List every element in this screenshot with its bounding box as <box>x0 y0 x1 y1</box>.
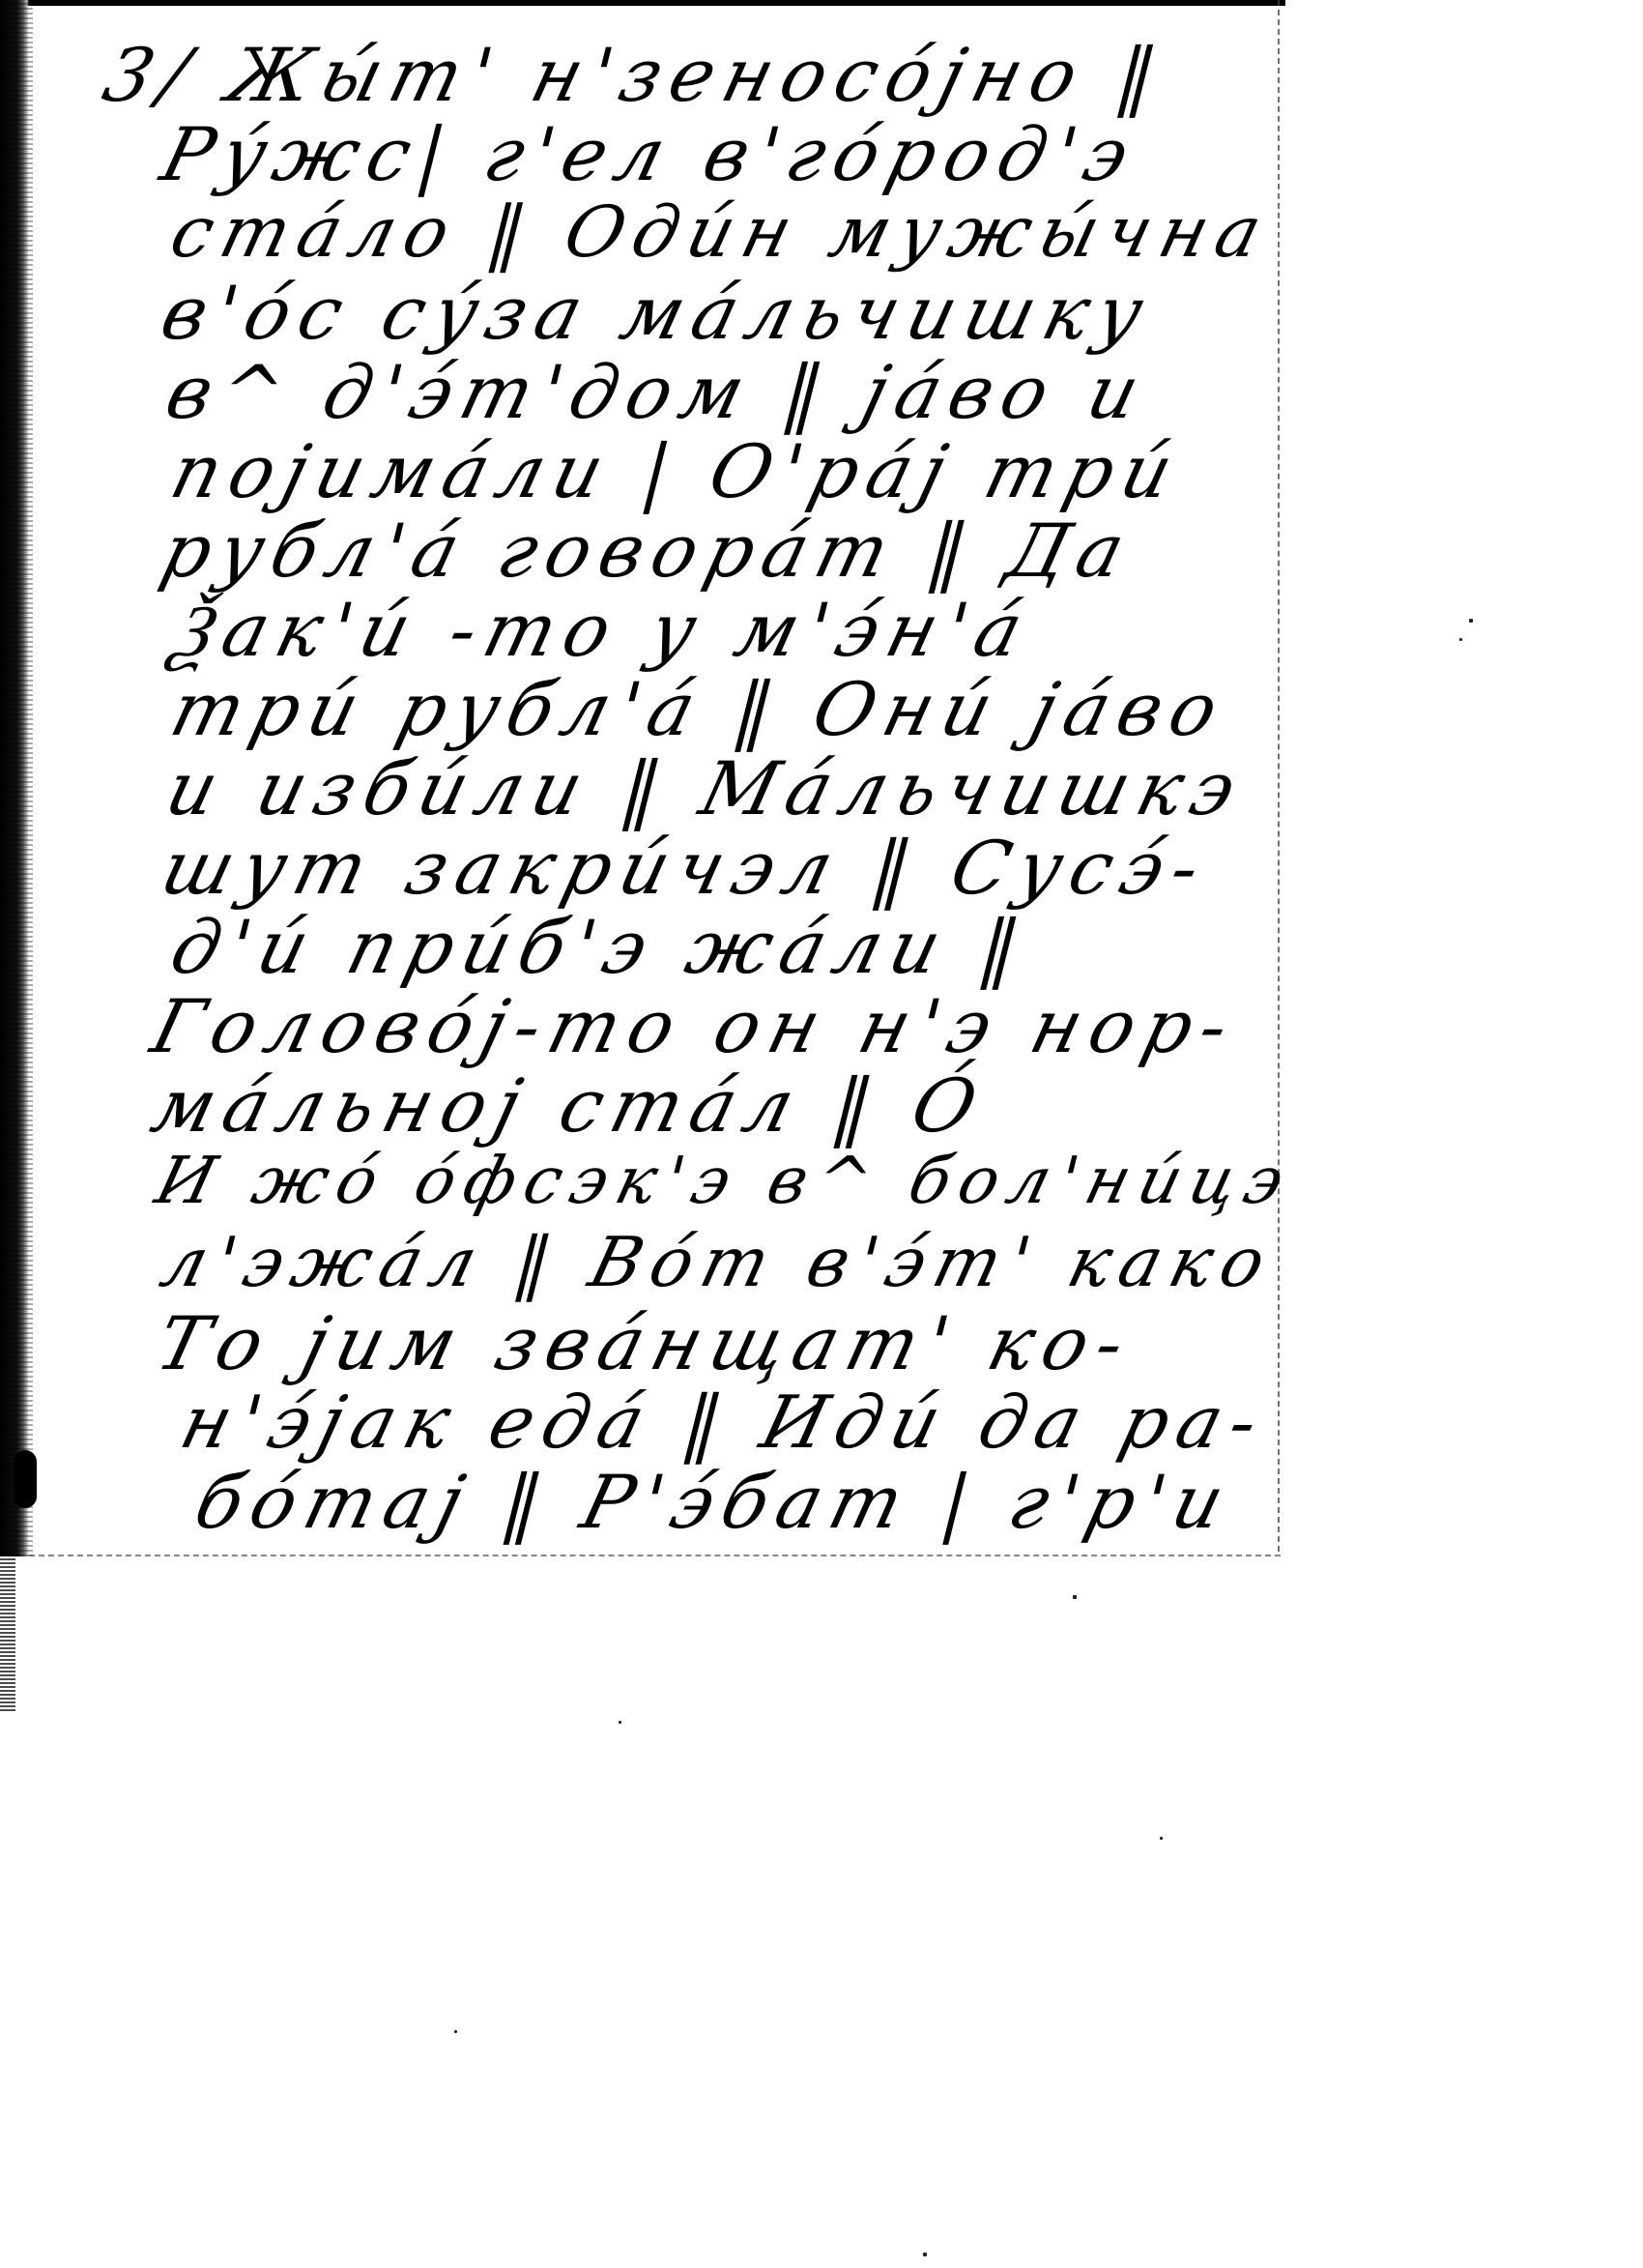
scan-speck <box>1073 1595 1077 1599</box>
scan-speck <box>619 1721 621 1724</box>
manuscript-line-1: 3/ Жы́т' н'зеносо́јно ‖ <box>97 39 1174 112</box>
manuscript-line-14: ма́льној ста́л ‖ О́ <box>145 1069 994 1143</box>
manuscript-line-5: в^ д'э́т'дом ‖ ја́во и <box>159 356 1156 429</box>
manuscript-line-19: бóтај ‖ Р'э́бат | г'р'и <box>188 1466 1240 1539</box>
manuscript-line-15: И жо́ о́фсэк'э в^ бол'ни́цэ <box>150 1149 1300 1213</box>
scan-speck <box>1459 638 1462 641</box>
scan-speck <box>923 2253 927 2256</box>
manuscript-line-7: рубл'а́ говорáт ‖ Да <box>155 514 1140 588</box>
manuscript-line-18: н'э́јак едá ‖ Иди́ да ра- <box>174 1386 1274 1459</box>
scan-left-edge-noise <box>0 0 33 1556</box>
manuscript-line-4: в'о́с су́за ма́льчишку <box>155 276 1160 350</box>
manuscript-line-17: Тo јим зва́нщат' ко- <box>150 1307 1141 1381</box>
scanned-page: 3/ Жы́т' н'зеносо́јно ‖ Ру́жс| г'ел в'гó… <box>0 0 1643 2268</box>
manuscript-line-3: ста́ло ‖ Оди́н мужы́чна <box>164 197 1278 268</box>
scan-speck <box>454 2030 457 2033</box>
manuscript-line-13: Голово́ј-то он н'э нор- <box>145 990 1245 1063</box>
manuscript-line-10: и изби́ли ‖ Ма́льчишкэ <box>159 752 1253 826</box>
scan-left-edge-lower <box>0 1556 15 1711</box>
scan-ink-blot <box>14 1450 37 1508</box>
scan-top-edge <box>0 0 1285 6</box>
paper-right-border <box>1278 0 1280 1552</box>
manuscript-line-6: појима́ли | О'ра́ј три́ <box>164 435 1189 509</box>
manuscript-line-16: л'эжа́л ‖ Во́т в'э́т' како <box>155 1228 1282 1296</box>
manuscript-line-12: д'и́ при́б'э жа́ли ‖ <box>164 911 1037 984</box>
manuscript-line-9: три́ рубл'а́ ‖ Они́ ја́во <box>164 673 1234 746</box>
scan-speck <box>1160 1837 1163 1840</box>
manuscript-line-2: Ру́жс| г'ел в'гóрод'э <box>155 118 1145 191</box>
scan-speck <box>1469 619 1473 623</box>
paper-bottom-border <box>29 1555 1281 1556</box>
manuscript-line-8: Ѯак'и́ -то у м'э́н'а́ <box>169 594 1039 667</box>
manuscript-line-11: шут закри́чэл ‖ Сусэ́- <box>155 831 1217 905</box>
